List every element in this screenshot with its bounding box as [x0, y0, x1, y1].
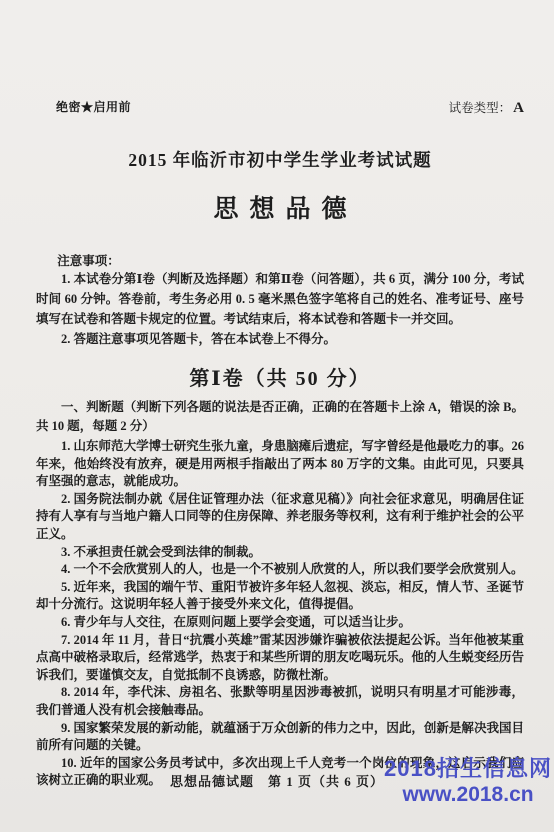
question-1: 1. 山东师范大学博士研究生张九童，身患脑瘫后遗症，写字曾经是他最吃力的事。26…: [36, 438, 524, 491]
section-heading: 第Ⅰ卷（共 50 分）: [36, 362, 524, 391]
part-one-intro: 一、判断题（判断下列各题的说法是否正确，正确的在答题卡上涂 A，错误的涂 B。共…: [36, 398, 524, 436]
exam-title: 2015 年临沂市初中学生学业考试试题: [36, 147, 524, 172]
watermark-site-name: 2018招生信息网: [384, 756, 552, 782]
note-item-2: 2. 答题注意事项见答题卡，答在本试卷上不得分。: [36, 329, 524, 349]
paper-type-label: 试卷类型：: [449, 101, 512, 115]
page-content: 绝密★启用前 试卷类型：A 2015 年临沂市初中学生学业考试试题 思想品德 注…: [36, 98, 524, 790]
subject-title: 思想品德: [36, 189, 524, 225]
question-2: 2. 国务院法制办就《居住证管理办法（征求意见稿）》向社会征求意见，明确居住证持…: [36, 491, 524, 544]
exam-paper-page: 绝密★启用前 试卷类型：A 2015 年临沂市初中学生学业考试试题 思想品德 注…: [0, 0, 554, 832]
security-classification: 绝密★启用前: [36, 98, 131, 115]
question-4: 4. 一个不会欣赏别人的人，也是一个不被别人欣赏的人，所以我们要学会欣赏别人。: [36, 561, 524, 579]
paper-type-value: A: [511, 100, 524, 116]
question-6: 6. 青少年与人交往，在原则问题上要学会变通，可以适当让步。: [36, 614, 524, 632]
question-3: 3. 不承担责任就会受到法律的制裁。: [36, 544, 524, 562]
page-header-row: 绝密★启用前 试卷类型：A: [36, 98, 524, 117]
question-5: 5. 近年来，我国的端午节、重阳节被许多年轻人忽视、淡忘，相反，情人节、圣诞节却…: [36, 579, 524, 614]
question-8: 8. 2014 年，李代沫、房祖名、张默等明星因涉毒被抓，说明只有明星才可能涉毒…: [36, 684, 524, 719]
paper-type: 试卷类型：A: [449, 98, 524, 117]
watermark: 2018招生信息网 www.2018.cn: [384, 756, 552, 808]
notes-heading: 注意事项：: [36, 251, 524, 269]
footer-text: 思想品德试题 第 1 页（共 6 页）: [170, 774, 384, 789]
note-item-1: 1. 本试卷分第Ⅰ卷（判断及选择题）和第Ⅱ卷（问答题），共 6 页，满分 100…: [36, 269, 524, 329]
watermark-url: www.2018.cn: [384, 782, 552, 807]
question-9: 9. 国家繁荣发展的新动能，就蕴涵于万众创新的伟力之中，因此，创新是解决我国目前…: [36, 720, 524, 755]
question-7: 7. 2014 年 11 月，昔日“抗震小英雄”雷某因涉嫌诈骗被依法提起公诉。当…: [36, 632, 524, 685]
